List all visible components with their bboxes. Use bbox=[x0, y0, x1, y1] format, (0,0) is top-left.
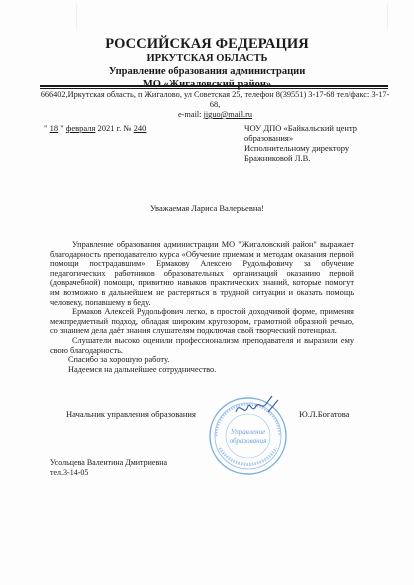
stamp-text-2: образования bbox=[230, 437, 267, 445]
signatory-title: Начальник управления образования bbox=[66, 409, 196, 419]
letter-date: " 18 " февраля 2021 г. № 240 bbox=[44, 123, 146, 133]
contact-email-line: e-mail: jiguo@mail.ru bbox=[40, 110, 390, 120]
date-quote-open: " bbox=[44, 123, 47, 133]
executor-block: Усольцева Валентина Дмитриевна тел.3-14-… bbox=[50, 458, 167, 478]
letter-page: РОССИЙСКАЯ ФЕДЕРАЦИЯ ИРКУТСКАЯ ОБЛАСТЬ У… bbox=[0, 0, 414, 585]
body-paragraph-4: Спасибо за хорошую работу. bbox=[50, 355, 354, 365]
letterhead-department: Управление образования администрации bbox=[0, 65, 414, 78]
letter-body: Управление образования администрации МО … bbox=[50, 240, 354, 374]
signatory-name: Ю.Л.Богатова bbox=[299, 409, 349, 419]
email-link[interactable]: jiguo@mail.ru bbox=[204, 110, 252, 119]
contact-info: 666402,Иркутская область, п Жигалово, ул… bbox=[40, 90, 390, 120]
letterhead-divider-thin bbox=[40, 88, 388, 89]
addressee-org-cont: образования» bbox=[244, 133, 394, 143]
addressee-name: Бражниковой Л.В. bbox=[244, 153, 394, 163]
body-paragraph-2: Ермаков Алексей Рудольфович легко, в про… bbox=[50, 307, 354, 336]
official-stamp-icon: Управление образования bbox=[206, 392, 290, 476]
letterhead-region: ИРКУТСКАЯ ОБЛАСТЬ bbox=[0, 52, 414, 65]
date-day: 18 bbox=[50, 123, 59, 133]
email-label: e-mail: bbox=[178, 110, 204, 119]
addressee-position: Исполнительному директору bbox=[244, 143, 394, 153]
letterhead: РОССИЙСКАЯ ФЕДЕРАЦИЯ ИРКУТСКАЯ ОБЛАСТЬ У… bbox=[0, 36, 414, 91]
scan-artifact bbox=[76, 4, 388, 30]
date-year: 2021 г. № bbox=[98, 123, 132, 133]
body-paragraph-5: Надеемся на дальнейшее сотрудничество. bbox=[50, 365, 354, 375]
body-paragraph-3: Слушатели высоко оценили профессионализм… bbox=[50, 336, 354, 355]
contact-address: 666402,Иркутская область, п Жигалово, ул… bbox=[40, 90, 390, 110]
addressee-block: ЧОУ ДПО «Байкальский центр образования» … bbox=[244, 123, 394, 163]
letter-number: 240 bbox=[134, 123, 147, 133]
stamp-text-1: Управление bbox=[231, 428, 265, 436]
greeting: Уважаемая Лариса Валерьевна! bbox=[0, 203, 414, 213]
addressee-org: ЧОУ ДПО «Байкальский центр bbox=[244, 123, 394, 133]
executor-phone: тел.3-14-05 bbox=[50, 468, 167, 478]
executor-name: Усольцева Валентина Дмитриевна bbox=[50, 458, 167, 468]
date-quote-close: " bbox=[60, 123, 63, 133]
date-month: февраля bbox=[66, 123, 96, 133]
body-paragraph-1: Управление образования администрации МО … bbox=[50, 240, 354, 307]
letterhead-country: РОССИЙСКАЯ ФЕДЕРАЦИЯ bbox=[0, 36, 414, 52]
letterhead-divider bbox=[40, 85, 388, 87]
